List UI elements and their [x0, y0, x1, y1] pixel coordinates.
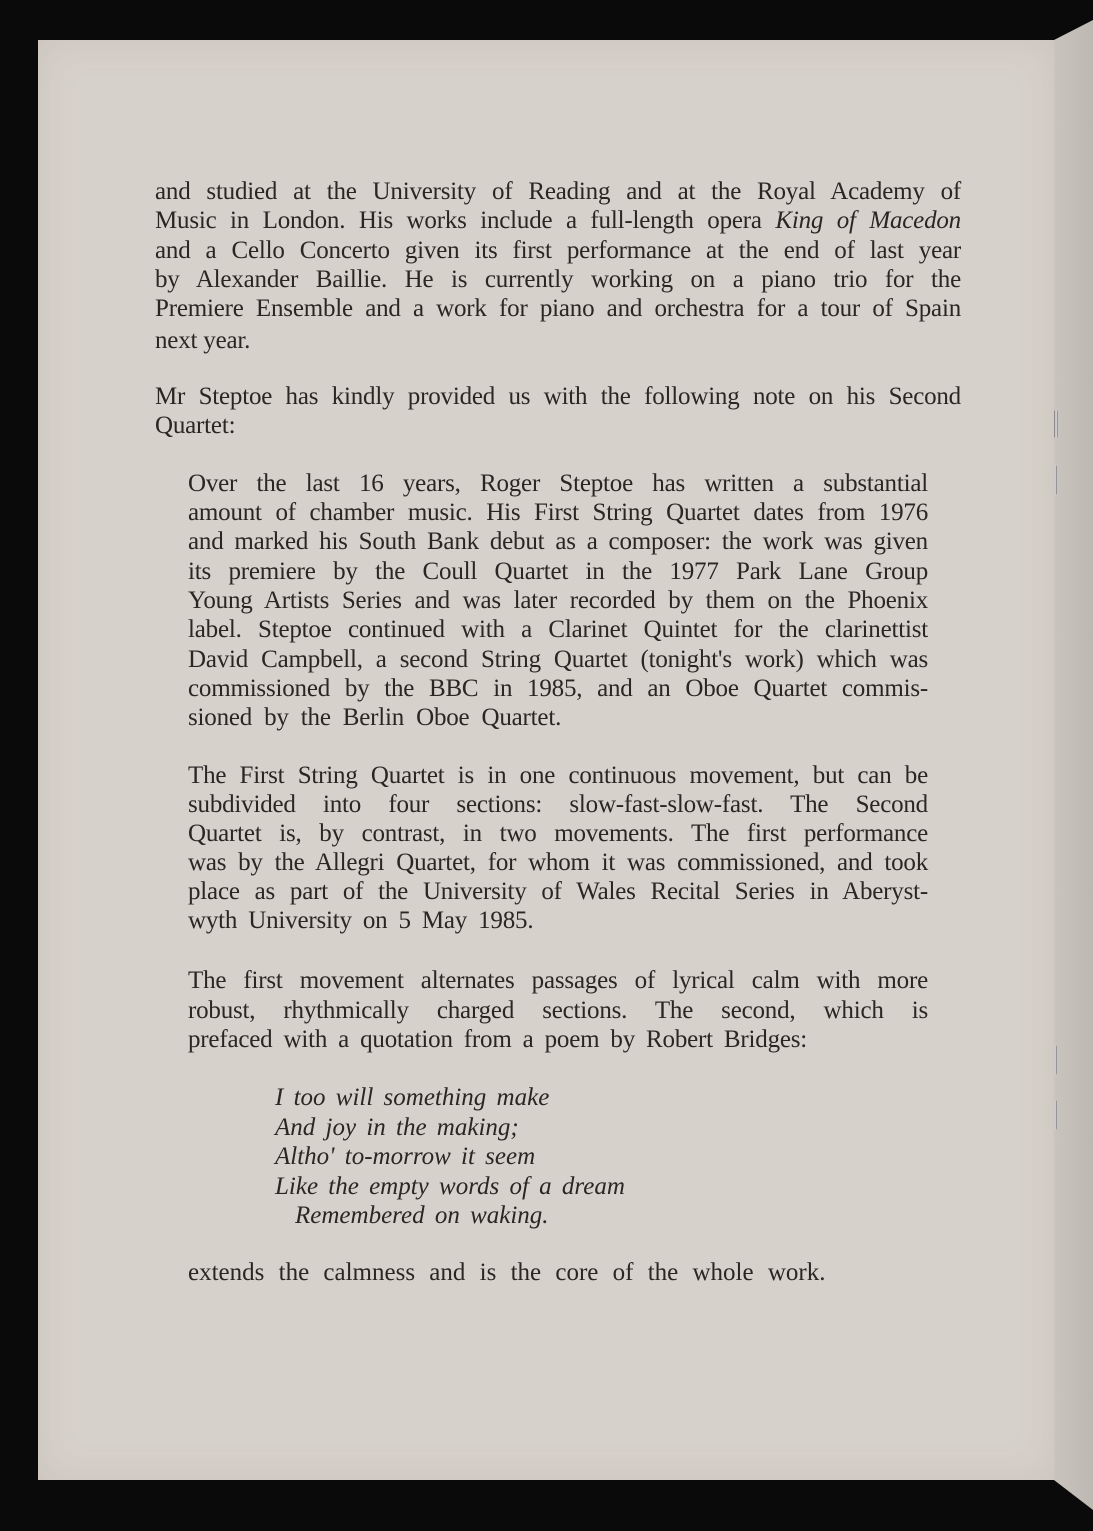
text-line: David Campbell, a second String Quartet … [188, 645, 928, 675]
text-line: sioned by the Berlin Oboe Quartet. [188, 703, 928, 733]
text-line: prefaced with a quotation from a poem by… [188, 1025, 928, 1055]
text-line: commissioned by the BBC in 1985, and an … [188, 674, 928, 704]
next-page-edge [1054, 20, 1093, 1510]
text-line: and studied at the University of Reading… [155, 177, 961, 207]
staple-1 [1054, 410, 1058, 438]
text-line: amount of chamber music. His First Strin… [188, 498, 928, 528]
text-line: The First String Quartet is in one conti… [188, 761, 928, 791]
text-line: and a Cello Concerto given its first per… [155, 236, 961, 266]
text-line: was by the Allegri Quartet, for whom it … [188, 848, 928, 878]
opera-title: King of Macedon [775, 207, 961, 234]
poem-line: Altho' to-morrow it seem [275, 1142, 535, 1172]
poem-line: Like the empty words of a dream [275, 1172, 625, 1202]
poem-line: Remembered on waking. [295, 1201, 549, 1231]
text-line: label. Steptoe continued with a Clarinet… [188, 615, 928, 645]
text-line: The first movement alternates passages o… [188, 966, 928, 996]
poem-line: And joy in the making; [275, 1113, 519, 1143]
text-line: and marked his South Bank debut as a com… [188, 527, 928, 557]
text-line: Quartet is, by contrast, in two movement… [188, 819, 928, 849]
text-line: Mr Steptoe has kindly provided us with t… [155, 382, 961, 412]
text-line: Music in London. His works include a ful… [155, 206, 961, 236]
text-line: subdivided into four sections: slow-fast… [188, 790, 928, 820]
text-span: Music in London. His works include a ful… [155, 207, 775, 234]
text-line: Over the last 16 years, Roger Steptoe ha… [188, 469, 928, 499]
text-line: next year. [155, 326, 961, 356]
text-line: Quartet: [155, 411, 961, 441]
text-line: place as part of the University of Wales… [188, 877, 928, 907]
text-line: by Alexander Baillie. He is currently wo… [155, 265, 961, 295]
text-line: Premiere Ensemble and a work for piano a… [155, 294, 961, 324]
text-line: Young Artists Series and was later recor… [188, 586, 928, 616]
text-line: its premiere by the Coull Quartet in the… [188, 557, 928, 587]
poem-line: I too will something make [275, 1083, 549, 1113]
text-line: robust, rhythmically charged sections. T… [188, 996, 928, 1026]
closing-line: extends the calmness and is the core of … [188, 1258, 825, 1288]
text-line: wyth University on 5 May 1985. [188, 906, 928, 936]
